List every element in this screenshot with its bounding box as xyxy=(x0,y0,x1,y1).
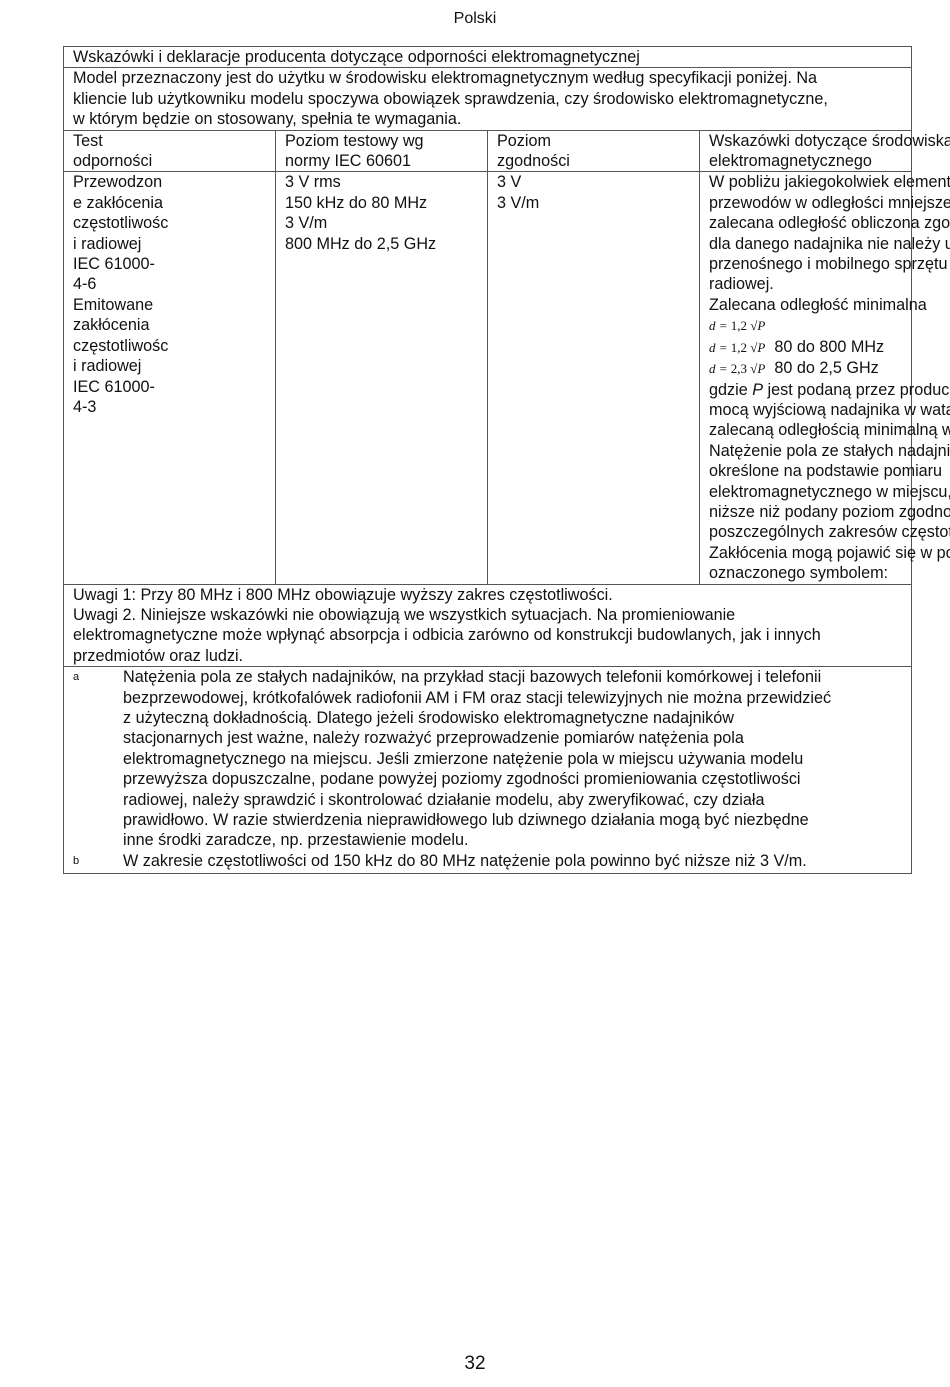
column-header-test-level: Poziom testowy wg normy IEC 60601 xyxy=(276,130,488,172)
test-line: częstotliwośc xyxy=(73,213,266,233)
test-line: zakłócenia xyxy=(73,315,266,335)
test-line: IEC 61000- xyxy=(73,254,266,274)
footnote-line: bezprzewodowej, krótkofalówek radiofonii… xyxy=(123,688,902,708)
guidance-line: W pobliżu jakiegokolwiek elementu modelu… xyxy=(709,172,902,192)
footnote-line: elektromagnetycznego na miejscu. Jeśli z… xyxy=(123,749,902,769)
guidance-line: Zalecana odległość minimalna xyxy=(709,295,902,315)
intro-line: Model przeznaczony jest do użytku w środ… xyxy=(73,68,902,88)
guidance-sup-line: poszczególnych zakresów częstotliwościb. xyxy=(709,522,902,542)
test-line: i radiowej xyxy=(73,234,266,254)
footnote-mark: b xyxy=(73,851,123,871)
footnote-line: prawidłowo. W razie stwierdzenia niepraw… xyxy=(123,810,902,830)
test-line: częstotliwośc xyxy=(73,336,266,356)
test-line: e zakłócenia xyxy=(73,193,266,213)
test-line: i radiowej xyxy=(73,356,266,376)
level-line: 3 V rms xyxy=(285,172,478,192)
guidance-line: określone na podstawie pomiaru xyxy=(709,461,902,481)
note-line: przedmiotów oraz ludzi. xyxy=(73,646,902,666)
note-line: Uwagi 1: Przy 80 MHz i 800 MHz obowiązuj… xyxy=(73,585,902,605)
guidance-line: elektromagnetycznego w miejscu, powinno … xyxy=(709,482,902,502)
guidance-p-line: gdzie P jest podaną przez producenta mak… xyxy=(709,380,902,400)
level-line: 800 MHz do 2,5 GHz xyxy=(285,234,478,254)
table-title: Wskazówki i deklaracje producenta dotycz… xyxy=(64,47,912,68)
guidance-line: radiowej. xyxy=(709,274,902,294)
footnote-mark: a xyxy=(73,667,123,851)
footnote-line: inne środki zaradcze, np. przestawienie … xyxy=(123,830,902,850)
test-line: 4-3 xyxy=(73,397,266,417)
test-line: Przewodzon xyxy=(73,172,266,192)
guidance-line: oznaczonego symbolem: xyxy=(709,563,902,583)
intro-line: kliencie lub użytkowniku modelu spoczywa… xyxy=(73,89,902,109)
footnote-line: Natężenia pola ze stałych nadajników, na… xyxy=(123,667,902,687)
distance-formula: d = 1,2 √P 80 do 800 MHz xyxy=(709,337,902,358)
footnote-line: W zakresie częstotliwości od 150 kHz do … xyxy=(123,851,902,871)
guidance-line: przenośnego i mobilnego sprzętu komunika… xyxy=(709,254,902,274)
guidance-line: dla danego nadajnika nie należy używać xyxy=(709,234,902,254)
guidance-line: zalecana odległość obliczona zgodnie z r… xyxy=(709,213,902,233)
level-line: 3 V/m xyxy=(285,213,478,233)
footnote-line: z użyteczną dokładnością. Dlatego jeżeli… xyxy=(123,708,902,728)
column-header-compliance: Poziom zgodności xyxy=(488,130,700,172)
cell-test-level: 3 V rms150 kHz do 80 MHz3 V/m800 MHz do … xyxy=(276,172,488,584)
cell-test: Przewodzone zakłóceniaczęstotliwości rad… xyxy=(64,172,276,584)
column-header-guidance: Wskazówki dotyczące środowiska elektroma… xyxy=(700,130,912,172)
compliance-line: 3 V/m xyxy=(497,193,690,213)
guidance-line: Natężenie pola ze stałych nadajników rad… xyxy=(709,441,902,461)
test-line: 4-6 xyxy=(73,274,266,294)
footnote: aNatężenia pola ze stałych nadajników, n… xyxy=(73,667,902,851)
level-line: 150 kHz do 80 MHz xyxy=(285,193,478,213)
guidance-line: przewodów w odległości mniejszej niż min… xyxy=(709,193,902,213)
guidance-d-line: mocą wyjściową nadajnika w watach (W), a… xyxy=(709,400,902,420)
guidance-line: Zakłócenia mogą pojawić się w pobliżu sp… xyxy=(709,543,902,563)
distance-formula: d = 2,3 √P 80 do 2,5 GHz xyxy=(709,358,902,379)
table-notes: Uwagi 1: Przy 80 MHz i 800 MHz obowiązuj… xyxy=(64,584,912,667)
emc-immunity-table: Wskazówki i deklaracje producenta dotycz… xyxy=(63,46,912,874)
compliance-line: 3 V xyxy=(497,172,690,192)
test-line: IEC 61000- xyxy=(73,377,266,397)
test-line: Emitowane xyxy=(73,295,266,315)
column-header-test: Test odporności xyxy=(64,130,276,172)
cell-compliance: 3 V3 V/m xyxy=(488,172,700,584)
table-intro: Model przeznaczony jest do użytku w środ… xyxy=(64,68,912,130)
table-footnotes: aNatężenia pola ze stałych nadajników, n… xyxy=(64,667,912,874)
intro-line: w którym będzie on stosowany, spełnia te… xyxy=(73,109,902,129)
footnote-line: stacjonarnych jest ważne, należy rozważy… xyxy=(123,728,902,748)
guidance-line: niższe niż podany poziom zgodności dla xyxy=(709,502,902,522)
page-header: Polski xyxy=(0,10,950,28)
footnote: bW zakresie częstotliwości od 150 kHz do… xyxy=(73,851,902,871)
footnote-line: przewyższa dopuszczalne, podane powyżej … xyxy=(123,769,902,789)
note-line: Uwagi 2. Niniejsze wskazówki nie obowiąz… xyxy=(73,605,902,625)
cell-guidance: W pobliżu jakiegokolwiek elementu modelu… xyxy=(700,172,912,584)
distance-formula: d = 1,2 √P xyxy=(709,315,902,336)
guidance-line: zalecaną odległością minimalną w metrach… xyxy=(709,420,902,440)
table-row: Przewodzone zakłóceniaczęstotliwości rad… xyxy=(64,172,912,584)
note-line: elektromagnetyczne może wpłynąć absorpcj… xyxy=(73,625,902,645)
footnote-line: radiowej, należy sprawdzić i skontrolowa… xyxy=(123,790,902,810)
column-headers: Test odporności Poziom testowy wg normy … xyxy=(64,130,912,172)
page-number: 32 xyxy=(0,1353,950,1375)
